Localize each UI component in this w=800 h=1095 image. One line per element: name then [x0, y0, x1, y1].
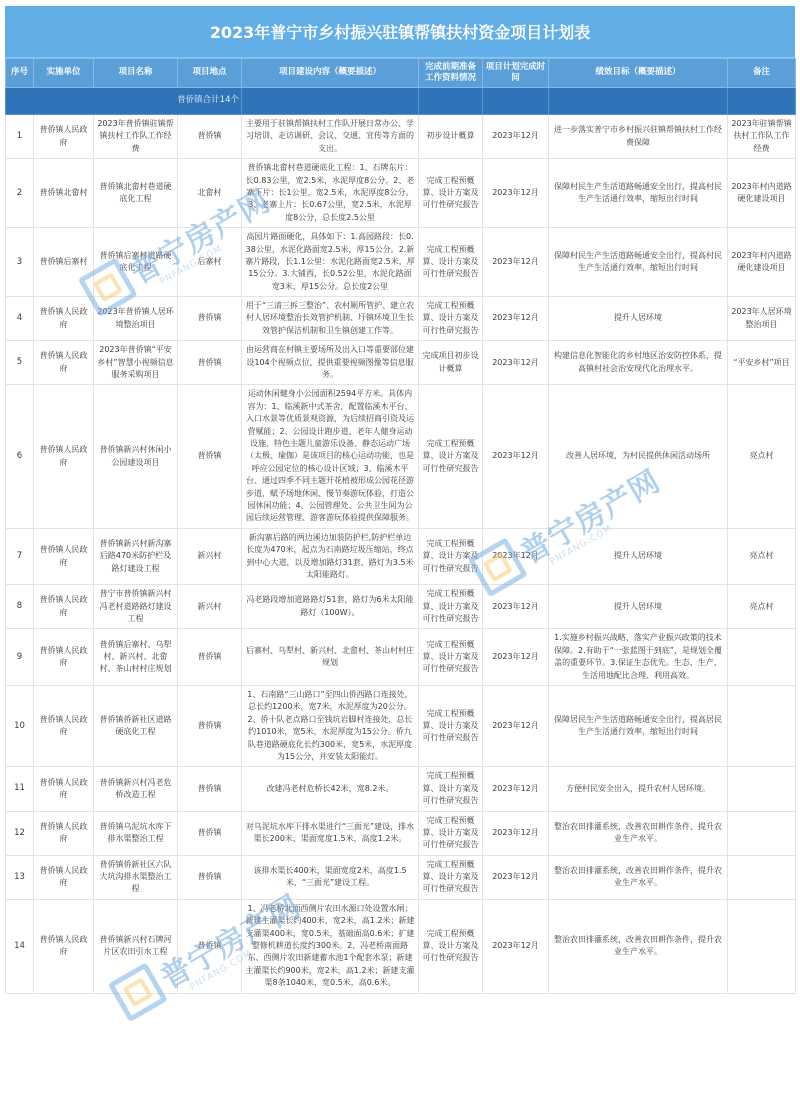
row-goal: 提升人居环境: [549, 585, 728, 629]
row-time: 2023年12月: [483, 385, 549, 528]
row-time: 2023年12月: [483, 341, 549, 385]
row-index: 12: [6, 811, 34, 855]
row-note: 亮点村: [728, 528, 796, 585]
header-col-goal: 绩效目标（概要描述）: [549, 59, 728, 88]
row-prep: 完成工程预概算、设计方案及可行性研究报告: [419, 228, 483, 297]
table-row: 2普侨镇北畲村普侨镇北畲村巷道硬底化工程北畲村普侨镇北畲村巷道硬底化工程：1、石…: [6, 159, 796, 228]
table-row: 13普侨镇人民政府普侨镇侨新社区六队大坑沟排水渠整治工程普侨镇该排水渠长400米…: [6, 855, 796, 899]
row-name: 普侨镇新兴村冯老危桥改造工程: [94, 767, 178, 811]
row-location: 北畲村: [178, 159, 242, 228]
row-goal: 整治农田排灌系统，改善农田耕作条件，提升农业生产水平。: [549, 855, 728, 899]
row-name: 2023年普侨镇“平安乡村”智慧小视频信息服务采购项目: [94, 341, 178, 385]
row-unit: 普侨镇北畲村: [34, 159, 94, 228]
row-unit: 普侨镇人民政府: [34, 115, 94, 159]
row-unit: 普侨镇人民政府: [34, 899, 94, 993]
row-location: 后寨村: [178, 228, 242, 297]
row-index: 5: [6, 341, 34, 385]
row-prep: 初步设计概算: [419, 115, 483, 159]
row-index: 1: [6, 115, 34, 159]
row-location: 普侨镇: [178, 767, 242, 811]
row-name: 普侨镇新兴村石牌河片区农田引水工程: [94, 899, 178, 993]
header-col-time: 项目计划完成时间: [483, 59, 549, 88]
row-time: 2023年12月: [483, 115, 549, 159]
row-index: 7: [6, 528, 34, 585]
row-location: 普侨镇: [178, 686, 242, 767]
row-goal: 整治农田排灌系统，改善农田耕作条件，提升农业生产水平。: [549, 811, 728, 855]
row-content: 该排水渠长400米，渠面宽度2米，高度1.5米，“三面光”建设工程。: [242, 855, 419, 899]
row-goal: 整治农田排灌系统，改善农田耕作条件，提升农业生产水平。: [549, 899, 728, 993]
table-row: 7普侨镇人民政府普侨镇新兴村新沟寨后路470米防护栏及路灯建设工程新兴村新沟寨后…: [6, 528, 796, 585]
row-note: 亮点村: [728, 385, 796, 528]
header-col-location: 项目地点: [178, 59, 242, 88]
row-time: 2023年12月: [483, 528, 549, 585]
row-note: [728, 629, 796, 686]
row-name: 2023年普侨镇驻镇帮镇扶村工作队工作经费: [94, 115, 178, 159]
row-content: 改建冯老村危桥长42米，宽8.2米。: [242, 767, 419, 811]
row-name: 普侨镇北畲村巷道硬底化工程: [94, 159, 178, 228]
row-goal: 提升人居环境: [549, 297, 728, 341]
row-location: 普侨镇: [178, 855, 242, 899]
row-unit: 普侨镇人民政府: [34, 767, 94, 811]
row-note: 2023年村内道路硬化建设项目: [728, 228, 796, 297]
row-content: 1、石南路“三山路口”至四山侨西路口连接处，总长约1200米，宽7米，水泥厚度为…: [242, 686, 419, 767]
row-index: 8: [6, 585, 34, 629]
row-unit: 普侨镇后寨村: [34, 228, 94, 297]
row-index: 14: [6, 899, 34, 993]
row-prep: 完成工程预概算、设计方案及可行性研究报告: [419, 629, 483, 686]
header-col-index: 序号: [6, 59, 34, 88]
row-index: 11: [6, 767, 34, 811]
table-row: 8普侨镇人民政府普宁市普侨镇新兴村冯老村道路路灯建设工程新兴村冯老路段增加道路路…: [6, 585, 796, 629]
row-note: 2023年驻镇帮镇扶村工作队工作经费: [728, 115, 796, 159]
row-content: 主要用于驻镇帮镇扶村工作队开展日常办公、学习培训、走访调研、会议、交通、宣传等方…: [242, 115, 419, 159]
row-name: 普侨镇侨新社区道路硬底化工程: [94, 686, 178, 767]
row-location: 新兴村: [178, 585, 242, 629]
subtotal-row: 普侨镇合计14个: [6, 88, 796, 115]
row-prep: 完成工程预概算、设计方案及可行性研究报告: [419, 767, 483, 811]
row-name: 普侨镇乌泥坑水库下排水渠整治工程: [94, 811, 178, 855]
row-content: 运动休闲健身小公园面积2594平方米。具体内容为：1、临溪新中式茶舍，配置临溪木…: [242, 385, 419, 528]
row-content: 冯老路段增加道路路灯51套，路灯为6米太阳能路灯（100W）。: [242, 585, 419, 629]
header-col-note: 备注: [728, 59, 796, 88]
row-index: 10: [6, 686, 34, 767]
row-unit: 普侨镇人民政府: [34, 297, 94, 341]
row-prep: 完成工程预概算、设计方案及可行性研究报告: [419, 159, 483, 228]
table-row: 12普侨镇人民政府普侨镇乌泥坑水库下排水渠整治工程普侨镇对乌泥坑水库下排水渠进行…: [6, 811, 796, 855]
row-goal: 进一步落实普宁市乡村振兴驻镇帮镇扶村工作经费保障: [549, 115, 728, 159]
row-content: 对乌泥坑水库下排水渠进行“三面光”建设，排水渠长200米，渠面宽度1.5米，高度…: [242, 811, 419, 855]
row-time: 2023年12月: [483, 629, 549, 686]
row-location: 普侨镇: [178, 341, 242, 385]
table-row: 14普侨镇人民政府普侨镇新兴村石牌河片区农田引水工程普侨镇1、冯老桥北面西侧片农…: [6, 899, 796, 993]
row-name: 普宁市普侨镇新兴村冯老村道路路灯建设工程: [94, 585, 178, 629]
row-time: 2023年12月: [483, 767, 549, 811]
row-note: 2023年村内道路硬化建设项目: [728, 159, 796, 228]
row-index: 2: [6, 159, 34, 228]
row-goal: 改善人居环境，为村民提供休闲活动场所: [549, 385, 728, 528]
table-row: 4普侨镇人民政府2023年普侨镇人居环境整治项目普侨镇用于“三清三拆三整治”、农…: [6, 297, 796, 341]
row-index: 4: [6, 297, 34, 341]
row-location: 普侨镇: [178, 385, 242, 528]
row-unit: 普侨镇人民政府: [34, 855, 94, 899]
row-name: 2023年普侨镇人居环境整治项目: [94, 297, 178, 341]
row-content: 普侨镇北畲村巷道硬底化工程：1、石牌东片：长0.83公里，宽2.5米，水泥厚度8…: [242, 159, 419, 228]
sheet-title: 2023年普宁市乡村振兴驻镇帮镇扶村资金项目计划表: [5, 6, 795, 58]
row-unit: 普侨镇人民政府: [34, 385, 94, 528]
row-content: 用于“三清三拆三整治”、农村厕所管护、建立农村人居环境整治长效管护机制、圩镇环境…: [242, 297, 419, 341]
row-note: 2023年人居环境整治项目: [728, 297, 796, 341]
row-location: 普侨镇: [178, 629, 242, 686]
row-goal: 提升人居环境: [549, 528, 728, 585]
project-plan-sheet: 2023年普宁市乡村振兴驻镇帮镇扶村资金项目计划表 序号实施单位项目名称项目地点…: [5, 6, 795, 994]
row-goal: 方便村民安全出入，提升农村人居环境。: [549, 767, 728, 811]
row-location: 普侨镇: [178, 899, 242, 993]
row-unit: 普侨镇人民政府: [34, 629, 94, 686]
row-time: 2023年12月: [483, 159, 549, 228]
row-location: 普侨镇: [178, 811, 242, 855]
table-row: 5普侨镇人民政府2023年普侨镇“平安乡村”智慧小视频信息服务采购项目普侨镇由运…: [6, 341, 796, 385]
row-index: 13: [6, 855, 34, 899]
row-time: 2023年12月: [483, 228, 549, 297]
table-row: 11普侨镇人民政府普侨镇新兴村冯老危桥改造工程普侨镇改建冯老村危桥长42米，宽8…: [6, 767, 796, 811]
row-name: 普侨镇新兴村新沟寨后路470米防护栏及路灯建设工程: [94, 528, 178, 585]
row-goal: 保障村民生产生活道路畅通安全出行，提高村民生产生活通行效率，缩短出行时间: [549, 228, 728, 297]
row-content: 由运营商在村镇主要场所及出入口等重要部位建设104个视频点位，提供重要视频图像等…: [242, 341, 419, 385]
row-unit: 普侨镇人民政府: [34, 585, 94, 629]
row-prep: 完成工程预概算、设计方案及可行性研究报告: [419, 297, 483, 341]
row-content: 新沟寨后路的两边溪边加装防护栏,防护栏单边长度为470米，起点为石南路垃圾压缩站…: [242, 528, 419, 585]
row-location: 普侨镇: [178, 297, 242, 341]
row-note: 亮点村: [728, 585, 796, 629]
row-time: 2023年12月: [483, 811, 549, 855]
header-col-prep: 完成前期准备工作资料情况: [419, 59, 483, 88]
row-note: [728, 767, 796, 811]
row-time: 2023年12月: [483, 686, 549, 767]
row-note: “平安乡村”项目: [728, 341, 796, 385]
row-index: 6: [6, 385, 34, 528]
table-row: 10普侨镇人民政府普侨镇侨新社区道路硬底化工程普侨镇1、石南路“三山路口”至四山…: [6, 686, 796, 767]
row-goal: 保障村民生产生活道路畅通安全出行，提高村民生产生活通行效率，缩短出行时间: [549, 159, 728, 228]
table-row: 9普侨镇人民政府普侨镇后寨村、乌犁村、新兴村、北畲村、茶山村村庄规划普侨镇后寨村…: [6, 629, 796, 686]
row-note: [728, 811, 796, 855]
row-goal: 构建信息化智能化的乡村地区治安防控体系，提高镇村社会治安现代化治理水平。: [549, 341, 728, 385]
row-prep: 完成工程预概算、设计方案及可行性研究报告: [419, 686, 483, 767]
project-table: 序号实施单位项目名称项目地点项目建设内容（概要描述）完成前期准备工作资料情况项目…: [5, 58, 796, 994]
row-location: 新兴村: [178, 528, 242, 585]
row-name: 普侨镇后寨村道路硬底化工程: [94, 228, 178, 297]
row-goal: 保障居民生产生活道路畅通安全出行，提高居民生产生活通行效率，缩短出行时间: [549, 686, 728, 767]
subtotal-label: 普侨镇合计14个: [6, 88, 242, 115]
row-unit: 普侨镇人民政府: [34, 686, 94, 767]
row-goal: 1.实施乡村振兴战略、落实产业振兴政策的技术保障。2.有助于“一张蓝图干到底”，…: [549, 629, 728, 686]
row-prep: 完成工程预概算、设计方案及可行性研究报告: [419, 811, 483, 855]
row-prep: 完成工程预概算、设计方案及可行性研究报告: [419, 855, 483, 899]
row-time: 2023年12月: [483, 855, 549, 899]
row-name: 普侨镇后寨村、乌犁村、新兴村、北畲村、茶山村村庄规划: [94, 629, 178, 686]
row-name: 普侨镇侨新社区六队大坑沟排水渠整治工程: [94, 855, 178, 899]
row-note: [728, 899, 796, 993]
row-prep: 完成工程预概算、设计方案及可行性研究报告: [419, 385, 483, 528]
row-note: [728, 686, 796, 767]
row-prep: 完成工程预概算、设计方案及可行性研究报告: [419, 528, 483, 585]
row-location: 普侨镇: [178, 115, 242, 159]
table-row: 6普侨镇人民政府普侨镇新兴村休闲小公园建设项目普侨镇运动休闲健身小公园面积259…: [6, 385, 796, 528]
row-time: 2023年12月: [483, 585, 549, 629]
row-index: 9: [6, 629, 34, 686]
row-note: [728, 855, 796, 899]
header-col-content: 项目建设内容（概要描述）: [242, 59, 419, 88]
row-content: 1、冯老桥北面西侧片农田水源口处设置水闸；新建主灌渠长约400米，宽2米，高1.…: [242, 899, 419, 993]
row-time: 2023年12月: [483, 297, 549, 341]
row-content: 高园片路面硬化，具体如下：1.高园路段：长0.38公里，水泥化路面宽2.5米，厚…: [242, 228, 419, 297]
row-time: 2023年12月: [483, 899, 549, 993]
header-col-unit: 实施单位: [34, 59, 94, 88]
row-unit: 普侨镇人民政府: [34, 811, 94, 855]
table-row: 3普侨镇后寨村普侨镇后寨村道路硬底化工程后寨村高园片路面硬化，具体如下：1.高园…: [6, 228, 796, 297]
row-index: 3: [6, 228, 34, 297]
row-unit: 普侨镇人民政府: [34, 528, 94, 585]
row-prep: 完成项目初步设计概算: [419, 341, 483, 385]
header-col-name: 项目名称: [94, 59, 178, 88]
row-prep: 完成工程预概算、设计方案及可行性研究报告: [419, 899, 483, 993]
header-row: 序号实施单位项目名称项目地点项目建设内容（概要描述）完成前期准备工作资料情况项目…: [6, 59, 796, 88]
row-content: 后寨村、乌犁村、新兴村、北畲村、茶山村村庄规划: [242, 629, 419, 686]
row-name: 普侨镇新兴村休闲小公园建设项目: [94, 385, 178, 528]
row-prep: 完成工程预概算、设计方案及可行性研究报告: [419, 585, 483, 629]
table-row: 1普侨镇人民政府2023年普侨镇驻镇帮镇扶村工作队工作经费普侨镇主要用于驻镇帮镇…: [6, 115, 796, 159]
row-unit: 普侨镇人民政府: [34, 341, 94, 385]
